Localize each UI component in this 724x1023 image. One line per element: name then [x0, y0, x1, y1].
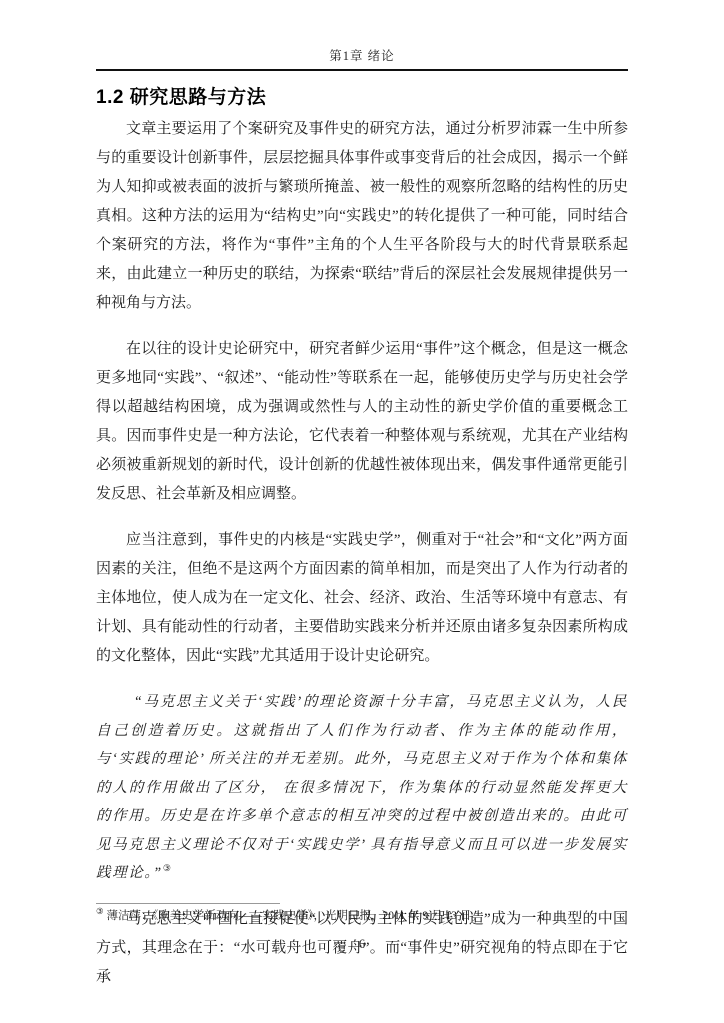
- footnote-separator-rule: [96, 903, 280, 904]
- page-number: 6: [0, 937, 724, 952]
- block-quote: “马克思主义关于‘实践’的理论资源十分丰富，马克思主义认为，人民自己创造着历史。…: [96, 688, 628, 888]
- footnote-marker: ③: [96, 906, 104, 916]
- running-header: 第1章 绪论: [96, 0, 628, 64]
- paragraph-methodology-intro: 文章主要运用了个案研究及事件史的研究方法，通过分析罗沛霖一生中所参与的重要设计创…: [96, 115, 628, 318]
- header-rule: [96, 69, 628, 71]
- thesis-page: 第1章 绪论 1.2 研究思路与方法 文章主要运用了个案研究及事件史的研究方法，…: [0, 0, 724, 1023]
- footnote-entry: ③ 薄洁萍：《欧美史学新动向——实践史学》，光明日报，2011 年 9 月 13…: [96, 908, 628, 925]
- quote-text: “马克思主义关于‘实践’的理论资源十分丰富，马克思主义认为，人民自己创造着历史。…: [96, 694, 628, 881]
- paragraph-event-concept: 在以往的设计史论研究中，研究者鲜少运用“事件”这个概念，但是这一概念更多地同“实…: [96, 335, 628, 509]
- footnote-citation-text: 薄洁萍：《欧美史学新动向——实践史学》，光明日报，2011 年 9 月 13 日…: [107, 910, 483, 922]
- paragraph-practice-history: 应当注意到，事件史的内核是“实践史学”，侧重对于“社会”和“文化”两方面因素的关…: [96, 526, 628, 671]
- footnote-area: ③ 薄洁萍：《欧美史学新动向——实践史学》，光明日报，2011 年 9 月 13…: [96, 903, 628, 925]
- section-heading: 1.2 研究思路与方法: [96, 82, 628, 109]
- footnote-reference-marker: ③: [163, 863, 171, 873]
- page-content: 第1章 绪论 1.2 研究思路与方法 文章主要运用了个案研究及事件史的研究方法，…: [96, 0, 628, 1009]
- running-header-chapter-title: 第1章 绪论: [329, 49, 394, 63]
